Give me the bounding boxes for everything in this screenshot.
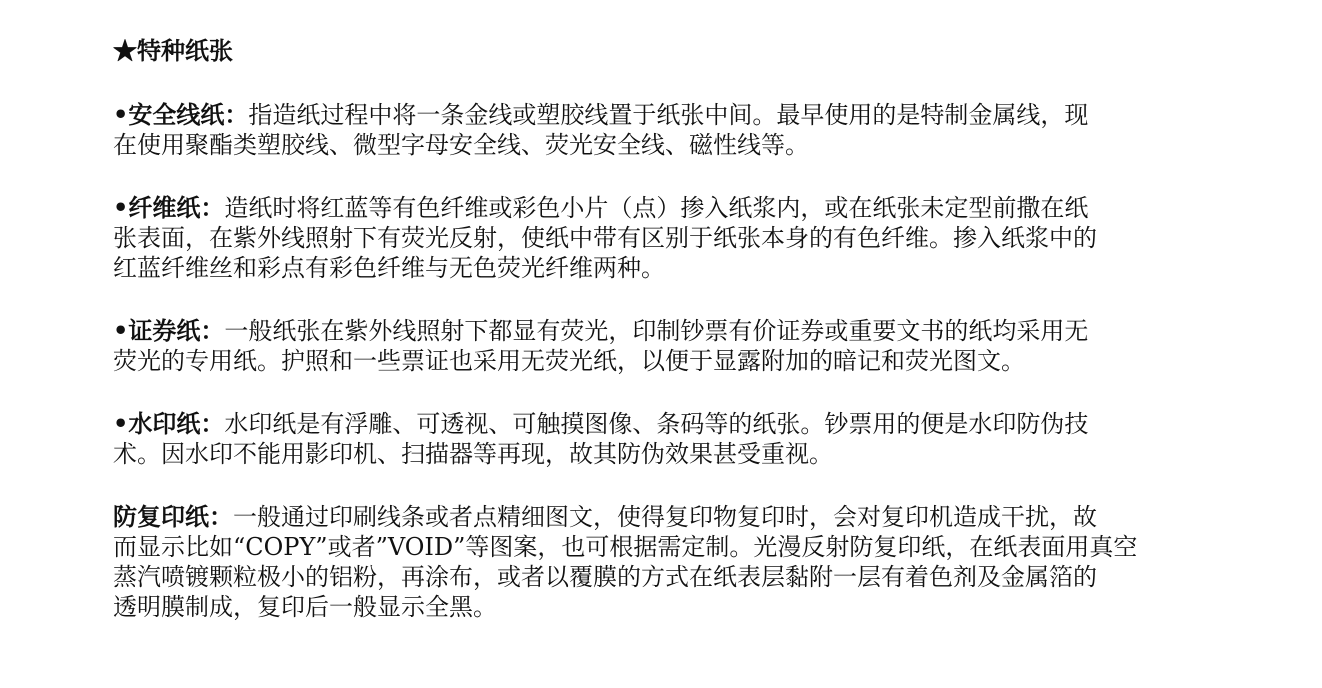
line-text: 一般纸张在紫外线照射下都显有荧光，印制钞票有价证券或重要文书的纸均采用无 [224,317,1088,345]
paragraph-security-thread-paper: •安全线纸：指造纸过程中将一条金线或塑胶线置于纸张中间。最早使用的是特制金属线，… [113,100,1233,160]
paragraph-line: 在使用聚酯类塑胶线、微型字母安全线、荧光安全线、磁性线等。 [113,130,1233,160]
term-label: •证券纸： [113,316,224,345]
paragraph-anti-copy-paper: 防复印纸：一般通过印刷线条或者点精细图文，使得复印物复印时，会对复印机造成干扰，… [113,502,1233,622]
paragraph-line: 张表面，在紫外线照射下有荧光反射，使纸中带有区别于纸张本身的有色纤维。掺入纸浆中… [113,223,1233,253]
paragraph-fiber-paper: •纤维纸：造纸时将红蓝等有色纤维或彩色小片（点）掺入纸浆内，或在纸张未定型前撒在… [113,193,1233,283]
paragraph-line: 而显示比如“COPY”或者”VOID”等图案，也可根据需定制。光漫反射防复印纸，… [113,532,1233,562]
paragraph-line: •证券纸：一般纸张在紫外线照射下都显有荧光，印制钞票有价证券或重要文书的纸均采用… [113,316,1233,346]
paragraph-security-paper: •证券纸：一般纸张在紫外线照射下都显有荧光，印制钞票有价证券或重要文书的纸均采用… [113,316,1233,376]
paragraph-line: 荧光的专用纸。护照和一些票证也采用无荧光纸，以便于显露附加的暗记和荧光图文。 [113,346,1233,376]
paragraph-watermark-paper: •水印纸：水印纸是有浮雕、可透视、可触摸图像、条码等的纸张。钞票用的便是水印防伪… [113,409,1233,469]
line-text: 水印纸是有浮雕、可透视、可触摸图像、条码等的纸张。钞票用的便是水印防伪技 [224,410,1088,438]
term-label: •水印纸： [113,409,224,438]
line-text: 一般通过印刷线条或者点精细图文，使得复印物复印时，会对复印机造成干扰，故 [233,503,1097,531]
term-label: 防复印纸： [113,502,233,531]
paragraph-line: 透明膜制成，复印后一般显示全黑。 [113,592,1233,622]
document-page: ★特种纸张 •安全线纸：指造纸过程中将一条金线或塑胶线置于纸张中间。最早使用的是… [113,34,1233,655]
term-label: •安全线纸： [113,100,248,129]
term-label: •纤维纸： [113,193,224,222]
paragraph-line: 防复印纸：一般通过印刷线条或者点精细图文，使得复印物复印时，会对复印机造成干扰，… [113,502,1233,532]
paragraph-line: •纤维纸：造纸时将红蓝等有色纤维或彩色小片（点）掺入纸浆内，或在纸张未定型前撒在… [113,193,1233,223]
paragraph-line: •水印纸：水印纸是有浮雕、可透视、可触摸图像、条码等的纸张。钞票用的便是水印防伪… [113,409,1233,439]
line-text: 造纸时将红蓝等有色纤维或彩色小片（点）掺入纸浆内，或在纸张未定型前撒在纸 [224,194,1088,222]
section-title: ★特种纸张 [113,34,1233,68]
paragraph-line: 术。因水印不能用影印机、扫描器等再现，故其防伪效果甚受重视。 [113,439,1233,469]
paragraph-line: 蒸汽喷镀颗粒极小的铝粉，再涂布，或者以覆膜的方式在纸表层黏附一层有着色剂及金属箔… [113,562,1233,592]
paragraph-line: 红蓝纤维丝和彩点有彩色纤维与无色荧光纤维两种。 [113,253,1233,283]
line-text: 指造纸过程中将一条金线或塑胶线置于纸张中间。最早使用的是特制金属线，现 [248,101,1088,129]
paragraph-line: •安全线纸：指造纸过程中将一条金线或塑胶线置于纸张中间。最早使用的是特制金属线，… [113,100,1233,130]
